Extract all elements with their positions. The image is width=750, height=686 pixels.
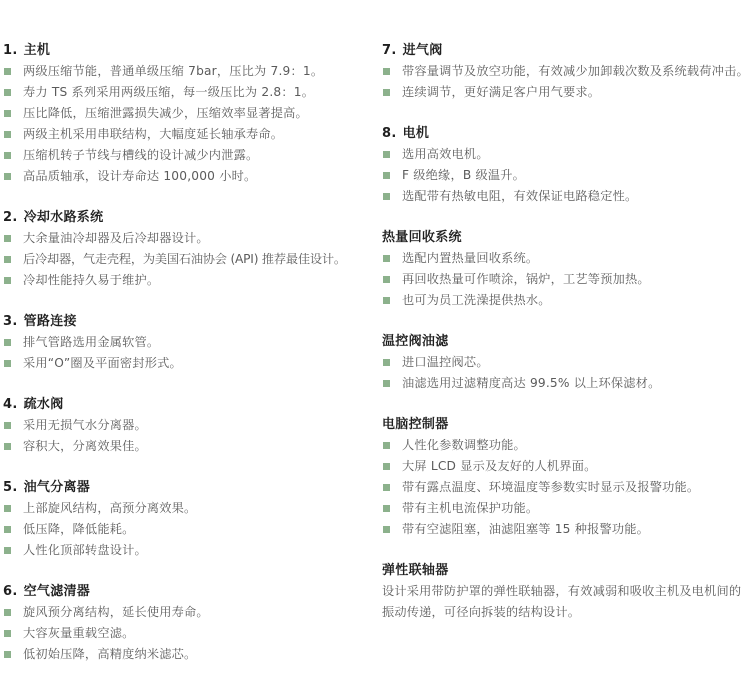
list-item: 再回收热量可作喷涂，锅炉，工艺等预加热。: [382, 269, 750, 290]
list-item: 低初始压降，高精度纳米滤芯。: [3, 644, 375, 665]
square-bullet-icon: [4, 277, 11, 284]
square-bullet-icon: [4, 505, 11, 512]
square-bullet-icon: [4, 339, 11, 346]
square-bullet-icon: [4, 110, 11, 117]
square-bullet-icon: [4, 547, 11, 554]
list-item: 连续调节，更好满足客户用气要求。: [382, 82, 750, 103]
square-bullet-icon: [383, 193, 390, 200]
section-heading: 温控阀油滤: [382, 331, 750, 352]
square-bullet-icon: [4, 422, 11, 429]
section-drain-valve: 4.疏水阀 采用无损气水分离器。 容积大，分离效果佳。: [3, 394, 375, 457]
left-column: 1.主机 两级压缩节能，普通单级压缩 7bar，压比为 7.9：1。 寿力 TS…: [3, 40, 375, 685]
square-bullet-icon: [4, 173, 11, 180]
list-item: 冷却性能持久易于维护。: [3, 270, 375, 291]
list-item: 旋风预分离结构，延长使用寿命。: [3, 602, 375, 623]
section-flexible-coupling: 弹性联轴器 设计采用带防护罩的弹性联轴器，有效减弱和吸收主机及电机间的振动传递，…: [382, 560, 750, 623]
list-item: 两级主机采用串联结构，大幅度延长轴承寿命。: [3, 124, 375, 145]
square-bullet-icon: [383, 380, 390, 387]
right-column: 7.进气阀 带容量调节及放空功能，有效减少加卸载次数及系统载荷冲击。 连续调节，…: [382, 40, 750, 643]
coupling-description: 设计采用带防护罩的弹性联轴器，有效减弱和吸收主机及电机间的振动传递，可径向拆装的…: [382, 581, 750, 623]
square-bullet-icon: [4, 360, 11, 367]
square-bullet-icon: [4, 152, 11, 159]
list-item: 带有空滤阻塞，油滤阻塞等 15 种报警功能。: [382, 519, 750, 540]
square-bullet-icon: [4, 68, 11, 75]
section-heading: 7.进气阀: [382, 40, 750, 61]
square-bullet-icon: [383, 359, 390, 366]
section-heat-recovery: 热量回收系统 选配内置热量回收系统。 再回收热量可作喷涂，锅炉，工艺等预加热。 …: [382, 227, 750, 311]
list-item: 两级压缩节能，普通单级压缩 7bar，压比为 7.9：1。: [3, 61, 375, 82]
list-item: 容积大，分离效果佳。: [3, 436, 375, 457]
section-motor: 8.电机 选用高效电机。 F 级绝缘，B 级温升。 选配带有热敏电阻，有效保证电…: [382, 123, 750, 207]
square-bullet-icon: [383, 172, 390, 179]
list-item: 选配内置热量回收系统。: [382, 248, 750, 269]
list-item: 上部旋风结构，高预分离效果。: [3, 498, 375, 519]
section-heading: 电脑控制器: [382, 414, 750, 435]
list-item: 后冷却器，气走壳程，为美国石油协会 (API) 推荐最佳设计。: [3, 249, 375, 270]
square-bullet-icon: [383, 151, 390, 158]
square-bullet-icon: [4, 256, 11, 263]
square-bullet-icon: [4, 89, 11, 96]
list-item: 压比降低，压缩泄露损失减少，压缩效率显著提高。: [3, 103, 375, 124]
section-controller: 电脑控制器 人性化参数调整功能。 大屏 LCD 显示及友好的人机界面。 带有露点…: [382, 414, 750, 540]
section-air-filter: 6.空气滤清器 旋风预分离结构，延长使用寿命。 大容灰量重载空滤。 低初始压降，…: [3, 581, 375, 665]
section-heading: 8.电机: [382, 123, 750, 144]
square-bullet-icon: [383, 442, 390, 449]
square-bullet-icon: [383, 505, 390, 512]
section-heading: 3.管路连接: [3, 311, 375, 332]
list-item: 油滤选用过滤精度高达 99.5% 以上环保滤材。: [382, 373, 750, 394]
section-heading: 6.空气滤清器: [3, 581, 375, 602]
square-bullet-icon: [4, 630, 11, 637]
list-item: 进口温控阀芯。: [382, 352, 750, 373]
list-item: 带有主机电流保护功能。: [382, 498, 750, 519]
square-bullet-icon: [4, 609, 11, 616]
square-bullet-icon: [383, 526, 390, 533]
square-bullet-icon: [383, 297, 390, 304]
list-item: 采用无损气水分离器。: [3, 415, 375, 436]
section-main-unit: 1.主机 两级压缩节能，普通单级压缩 7bar，压比为 7.9：1。 寿力 TS…: [3, 40, 375, 187]
section-heading: 热量回收系统: [382, 227, 750, 248]
square-bullet-icon: [4, 235, 11, 242]
list-item: 排气管路选用金属软管。: [3, 332, 375, 353]
section-piping: 3.管路连接 排气管路选用金属软管。 采用“O”圈及平面密封形式。: [3, 311, 375, 374]
list-item: 大容灰量重载空滤。: [3, 623, 375, 644]
list-item: 压缩机转子节线与槽线的设计减少内泄露。: [3, 145, 375, 166]
square-bullet-icon: [383, 463, 390, 470]
list-item: F 级绝缘，B 级温升。: [382, 165, 750, 186]
section-heading: 弹性联轴器: [382, 560, 750, 581]
list-item: 人性化顶部转盘设计。: [3, 540, 375, 561]
list-item: 人性化参数调整功能。: [382, 435, 750, 456]
list-item: 大余量油冷却器及后冷却器设计。: [3, 228, 375, 249]
square-bullet-icon: [4, 651, 11, 658]
list-item: 寿力 TS 系列采用两级压缩，每一级压比为 2.8：1。: [3, 82, 375, 103]
square-bullet-icon: [383, 89, 390, 96]
list-item: 也可为员工洗澡提供热水。: [382, 290, 750, 311]
square-bullet-icon: [4, 526, 11, 533]
section-thermostatic-oil-filter: 温控阀油滤 进口温控阀芯。 油滤选用过滤精度高达 99.5% 以上环保滤材。: [382, 331, 750, 394]
square-bullet-icon: [383, 276, 390, 283]
list-item: 大屏 LCD 显示及友好的人机界面。: [382, 456, 750, 477]
list-item: 带有露点温度、环境温度等参数实时显示及报警功能。: [382, 477, 750, 498]
square-bullet-icon: [4, 131, 11, 138]
list-item: 带容量调节及放空功能，有效减少加卸载次数及系统载荷冲击。: [382, 61, 750, 82]
square-bullet-icon: [383, 68, 390, 75]
list-item: 高品质轴承，设计寿命达 100,000 小时。: [3, 166, 375, 187]
section-heading: 5.油气分离器: [3, 477, 375, 498]
section-heading: 4.疏水阀: [3, 394, 375, 415]
square-bullet-icon: [383, 484, 390, 491]
square-bullet-icon: [383, 255, 390, 262]
section-oil-separator: 5.油气分离器 上部旋风结构，高预分离效果。 低压降，降低能耗。 人性化顶部转盘…: [3, 477, 375, 561]
square-bullet-icon: [4, 443, 11, 450]
section-heading: 1.主机: [3, 40, 375, 61]
list-item: 采用“O”圈及平面密封形式。: [3, 353, 375, 374]
section-cooling-system: 2.冷却水路系统 大余量油冷却器及后冷却器设计。 后冷却器，气走壳程，为美国石油…: [3, 207, 375, 291]
section-intake-valve: 7.进气阀 带容量调节及放空功能，有效减少加卸载次数及系统载荷冲击。 连续调节，…: [382, 40, 750, 103]
section-heading: 2.冷却水路系统: [3, 207, 375, 228]
list-item: 选用高效电机。: [382, 144, 750, 165]
list-item: 低压降，降低能耗。: [3, 519, 375, 540]
list-item: 选配带有热敏电阻，有效保证电路稳定性。: [382, 186, 750, 207]
